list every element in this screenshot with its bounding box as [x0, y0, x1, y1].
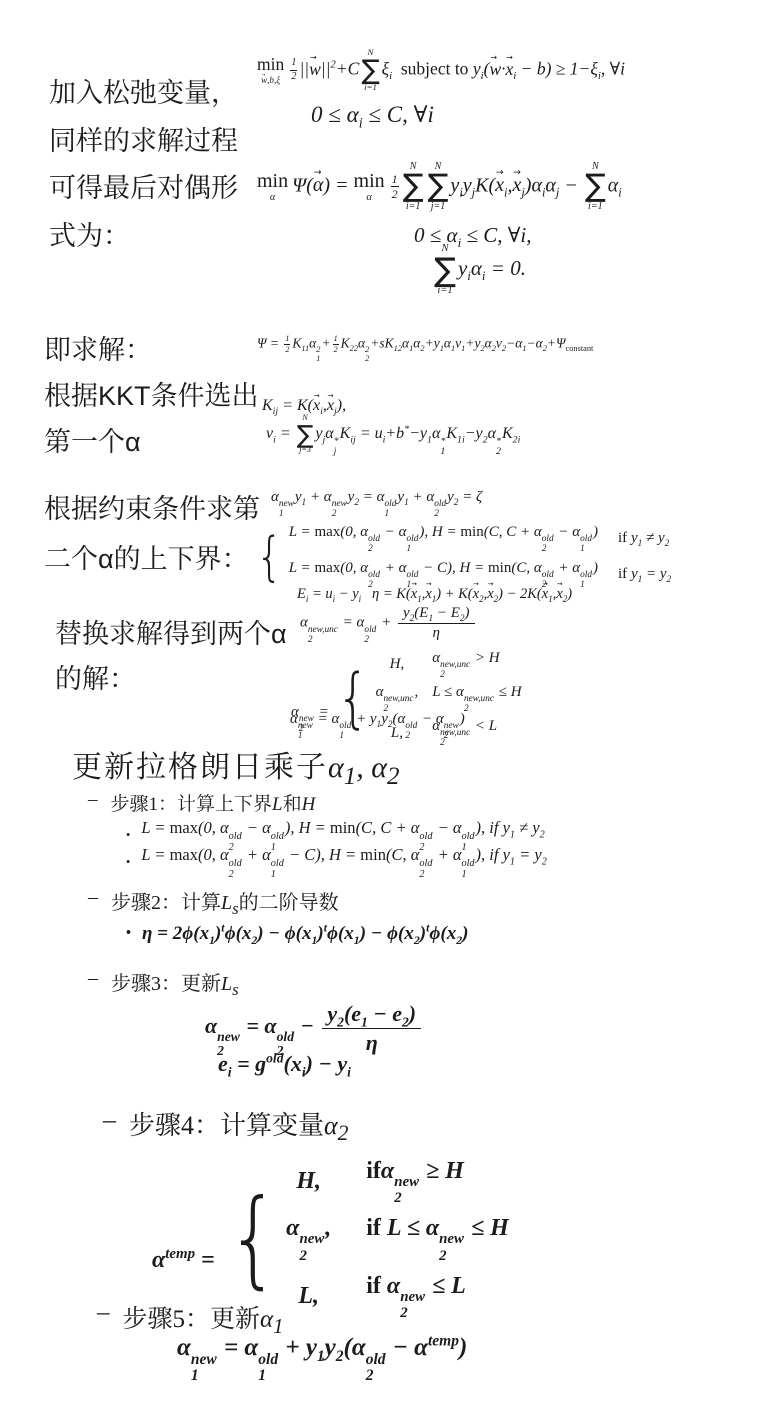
alpha-temp-case-value: αnew2, [286, 1213, 331, 1263]
lh-cases-rows: L = max(0, αold2 − αold1), H = min(C, C … [289, 523, 671, 590]
alpha-temp-case-cond: if L ≤ αnew2 ≤ H [366, 1213, 509, 1263]
bounds-line-1: 根据约束条件求第 [44, 484, 260, 534]
intro-label: 加入松弛变量， 同样的求解过程 可得最后对偶形 式为： [49, 70, 238, 260]
step4-alpha-temp-formula: αtemp = { H, ifαnew2 ≥ H αnew2, if L ≤ α… [152, 1156, 509, 1321]
lh-cases-group: { L = max(0, αold2 − αold1), H = min(C, … [256, 523, 671, 590]
alpha-temp-case-value: L, [298, 1281, 319, 1311]
kkt-line-2: 根据KKT条件选出 [44, 373, 259, 419]
section-heading: 更新拉格朗日乘子α1, α2 [72, 742, 400, 791]
alpha-temp-lhs: αtemp = [152, 1247, 215, 1273]
bounds-label: 根据约束条件求第 二个α的上下界： [44, 484, 260, 584]
solution-line-2: 的解： [55, 657, 287, 702]
step2-title-text: 步骤2：计算Ls的二阶导数 [111, 886, 339, 919]
formula-alpha2-unclipped: αnew,unc2 = αold2 + y2(E1 − E2)η [300, 604, 478, 645]
lh-case-expr: L = max(0, αold2 − αold1), H = min(C, C … [289, 523, 598, 554]
dash-marker: – [103, 1105, 116, 1146]
intro-line-4: 式为： [49, 213, 238, 261]
step3-title-text: 步骤3：更新Ls [111, 967, 239, 1000]
intro-line-1: 加入松弛变量， [49, 70, 238, 118]
alpha-temp-cases-rows: H, ifαnew2 ≥ H αnew2, if L ≤ αnew2 ≤ H L… [286, 1156, 509, 1321]
intro-line-3: 可得最后对偶形 [49, 165, 238, 213]
document-page: 加入松弛变量， 同样的求解过程 可得最后对偶形 式为： minw,b,ξ12||… [0, 0, 769, 1416]
formula-alpha-bound: 0 ≤ αi ≤ C, ∀i [311, 101, 434, 130]
bullet-marker: • [126, 828, 130, 843]
left-brace: { [227, 1194, 280, 1283]
step1-title: – 步骤1：计算上下界L和H [88, 789, 315, 816]
kkt-line-3: 第一个α [44, 419, 259, 465]
dash-marker: – [88, 967, 98, 1000]
lh-case-cond: if y1 = y2 [618, 565, 671, 584]
formula-dual-sum-constraint: N∑i=1yiαi = 0. [432, 243, 526, 297]
step4-title-text: 步骤4：计算变量α2 [129, 1105, 349, 1146]
bullet-marker: • [126, 925, 131, 943]
formula-vi-def: vi = N∑j=3yjα*jKij = ui+b*−y1α*1K1i−y2α*… [266, 414, 520, 458]
intro-line-2: 同样的求解过程 [49, 118, 238, 166]
step1-bullet-2: • L = max(0, αold2 + αold1 − C), H = min… [126, 845, 547, 880]
formula-error-eta: Ei = ui − yi η = K(x1,x1) + K(x2,x2) − 2… [297, 585, 572, 603]
bounds-line-2: 二个α的上下界： [44, 534, 260, 584]
step2-title: – 步骤2：计算Ls的二阶导数 [88, 886, 339, 919]
solution-line-1: 替换求解得到两个α [55, 612, 287, 657]
formula-dual-objective: minαΨ(α) = minα12N∑i=1N∑j=1yiyjK(xi,xj)α… [257, 161, 622, 212]
formula-lh-cases: { L = max(0, αold2 − αold1), H = min(C, … [256, 523, 671, 590]
formula-psi-expansion: Ψ = 12K11α21+12K22α22+sK12α1α2+y1α1v1+y2… [257, 334, 593, 363]
formula-alpha1-new: αnew1 = αold1 + y1y2(αold2 − αnew2) [290, 710, 465, 741]
step4-title: – 步骤4：计算变量α2 [103, 1105, 349, 1146]
bullet-marker: • [126, 855, 130, 870]
kkt-label: 即求解： 根据KKT条件选出 第一个α [44, 327, 259, 465]
alpha-temp-case-value: H, [296, 1166, 321, 1196]
formula-primal-objective: minw,b,ξ12||w||2+CN∑i=1ξi subject to yi(… [257, 48, 625, 93]
step3-title: – 步骤3：更新Ls [88, 967, 239, 1000]
solution-label: 替换求解得到两个α 的解： [55, 612, 287, 702]
alpha-temp-case-cond: if αnew2 ≤ L [366, 1271, 466, 1321]
left-brace: { [256, 534, 283, 579]
formula-zeta-constraint: αnew1y1 + αnew2y2 = αold1y1 + αold2y2 = … [271, 488, 482, 519]
alpha-temp-case-cond: ifαnew2 ≥ H [366, 1156, 464, 1206]
dash-marker: – [97, 1299, 110, 1339]
kkt-line-1: 即求解： [44, 327, 259, 373]
dash-marker: – [88, 789, 98, 816]
alpha2-case-value: H, [390, 655, 405, 674]
step5-alpha1-formula: αnew1 = αold1 + y1y2(αold2 − αtemp) [177, 1332, 467, 1385]
dash-marker: – [88, 886, 98, 919]
alpha-temp-cases-group: { H, ifαnew2 ≥ H αnew2, if L ≤ αnew2 ≤ H… [221, 1156, 509, 1321]
step3-error-formula: ei = gold(xi) − yi [218, 1050, 351, 1078]
step2-eta-formula: η = 2ϕ(x1)tϕ(x2) − ϕ(x1)tϕ(x1) − ϕ(x2)tϕ… [142, 922, 468, 946]
step1-bullet2-formula: L = max(0, αold2 + αold1 − C), H = min(C… [141, 845, 547, 880]
alpha2-case-cond: αnew,unc2 > H [432, 649, 499, 680]
lh-case-cond: if y1 ≠ y2 [618, 529, 669, 548]
step2-bullet-1: • η = 2ϕ(x1)tϕ(x2) − ϕ(x1)tϕ(x1) − ϕ(x2)… [126, 922, 468, 946]
step1-title-text: 步骤1：计算上下界L和H [111, 789, 316, 816]
